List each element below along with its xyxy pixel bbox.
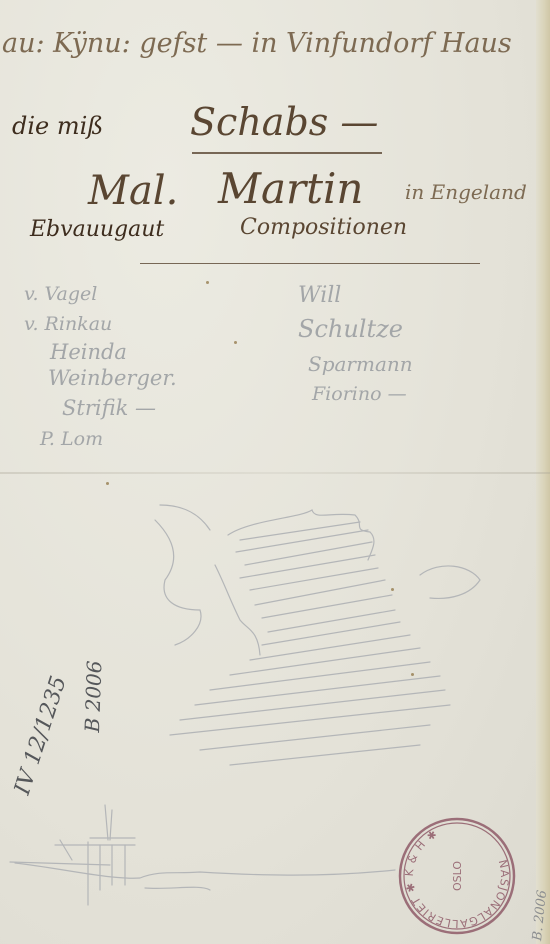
pencil-name: Fiorino — (312, 383, 407, 405)
pencil-name: P. Lom (40, 428, 103, 450)
pencil-name: v. Vagel (24, 283, 97, 305)
ink-line-1: au: Kÿnu: gefst — in Vinfundorf Haus (2, 28, 512, 59)
ink-line-3-name: Martin (218, 164, 363, 213)
pencil-name: Weinberger. (48, 366, 177, 390)
ink-line-4-left: Ebvauugaut (30, 217, 164, 242)
ink-line-2-name: Schabs — (190, 100, 378, 144)
pencil-name: Will (298, 283, 341, 308)
underline (192, 152, 382, 154)
pencil-name: Heinda (50, 340, 127, 364)
ink-line-4-right: Compositionen (240, 215, 407, 240)
section-rule (140, 263, 480, 264)
ink-line-2-prefix: die miß (12, 112, 103, 140)
svg-text:OSLO: OSLO (451, 861, 464, 891)
pencil-name: v. Rinkau (24, 313, 112, 335)
ink-line-3-suffix: in Engeland (405, 180, 527, 204)
pencil-name: Strifik — (62, 396, 156, 420)
ink-line-3-prefix: Mal. (88, 168, 178, 214)
catalog-number: B 2006 (80, 660, 106, 733)
manuscript-sheet: au: Kÿnu: gefst — in Vinfundorf Haus die… (0, 0, 550, 944)
pencil-name: Sparmann (308, 352, 413, 376)
pencil-name: Schultze (298, 315, 403, 343)
museum-stamp: NASJONALGALLERIET ✱ K & H ✱ OSLO (398, 817, 516, 935)
